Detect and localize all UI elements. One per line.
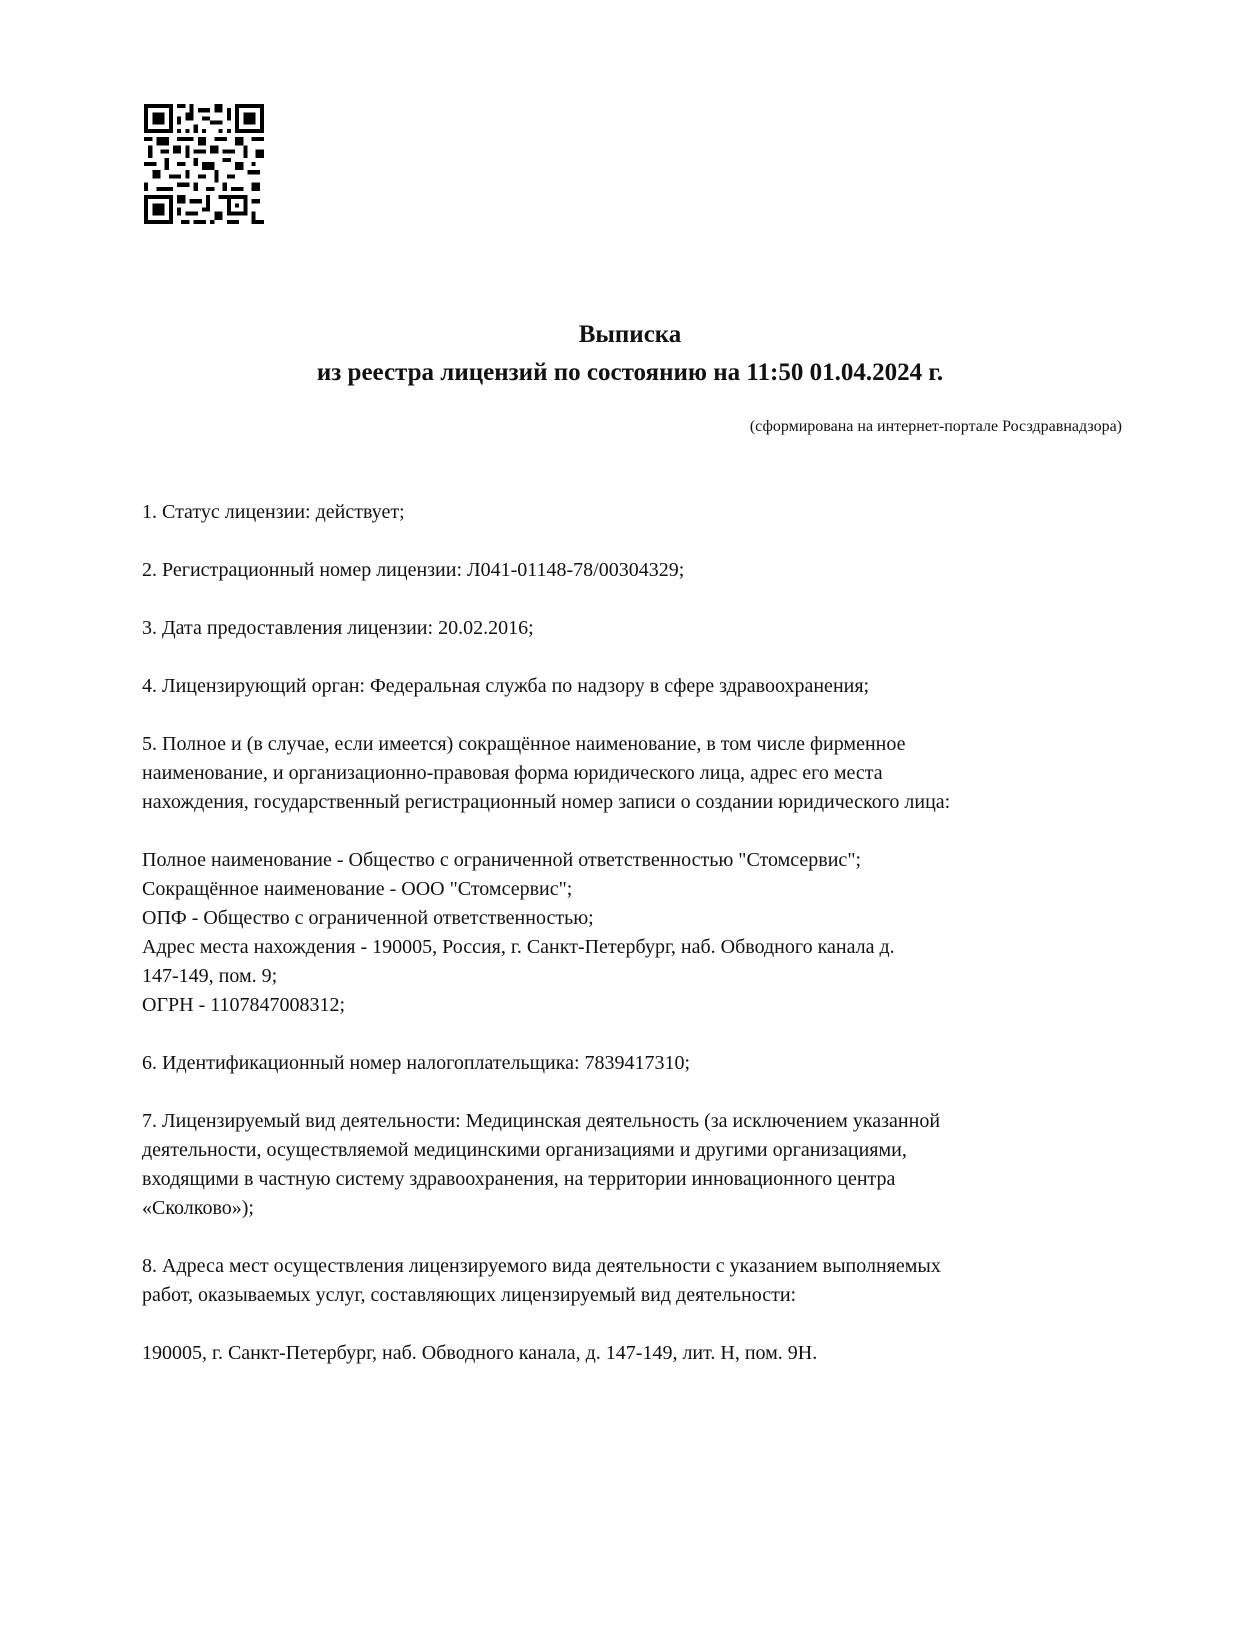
activity-line: 7. Лицензируемый вид деятельности: Медиц…	[142, 1107, 1102, 1136]
org-section-heading: 5. Полное и (в случае, если имеется) сок…	[142, 730, 1102, 817]
places-heading: 8. Адреса мест осуществления лицензируем…	[142, 1252, 1102, 1310]
org-legal-form: ОПФ - Общество с ограниченной ответствен…	[142, 904, 1102, 933]
org-address-cont: 147-149, пом. 9;	[142, 962, 1102, 991]
license-status: 1. Статус лицензии: действует;	[142, 498, 1102, 527]
places-heading-line: работ, оказываемых услуг, составляющих л…	[142, 1281, 1102, 1310]
org-full-name: Полное наименование - Общество с огранич…	[142, 846, 1102, 875]
activity-line: «Сколково»);	[142, 1194, 1102, 1223]
document-title: Выписка	[20, 318, 1240, 352]
org-details: Полное наименование - Общество с огранич…	[142, 846, 1102, 1020]
org-ogrn: ОГРН - 1107847008312;	[142, 991, 1102, 1020]
place-address: 190005, г. Санкт-Петербург, наб. Обводно…	[142, 1339, 1102, 1368]
licensing-authority: 4. Лицензирующий орган: Федеральная служ…	[142, 672, 1102, 701]
license-reg-number: 2. Регистрационный номер лицензии: Л041-…	[142, 556, 1102, 585]
org-short-name: Сокращённое наименование - ООО "Стомсерв…	[142, 875, 1102, 904]
taxpayer-id: 6. Идентификационный номер налогоплатель…	[142, 1049, 1102, 1078]
generated-note: (сформирована на интернет-портале Росздр…	[750, 416, 1122, 438]
document-header: Выписка из реестра лицензий по состоянию…	[0, 318, 1240, 390]
qr-code	[144, 104, 264, 224]
extract-body: 1. Статус лицензии: действует; 2. Регист…	[142, 498, 1102, 1368]
qr-code-icon	[144, 104, 264, 224]
activity-line: входящими в частную систему здравоохране…	[142, 1165, 1102, 1194]
org-heading-line: наименование, и организационно-правовая …	[142, 759, 1102, 788]
places-heading-line: 8. Адреса мест осуществления лицензируем…	[142, 1252, 1102, 1281]
licensed-activity: 7. Лицензируемый вид деятельности: Медиц…	[142, 1107, 1102, 1223]
org-address: Адрес места нахождения - 190005, Россия,…	[142, 933, 1102, 962]
org-heading-line: нахождения, государственный регистрацион…	[142, 788, 1102, 817]
activity-line: деятельности, осуществляемой медицинским…	[142, 1136, 1102, 1165]
org-heading-line: 5. Полное и (в случае, если имеется) сок…	[142, 730, 1102, 759]
document-subtitle: из реестра лицензий по состоянию на 11:5…	[20, 356, 1240, 390]
license-issue-date: 3. Дата предоставления лицензии: 20.02.2…	[142, 614, 1102, 643]
